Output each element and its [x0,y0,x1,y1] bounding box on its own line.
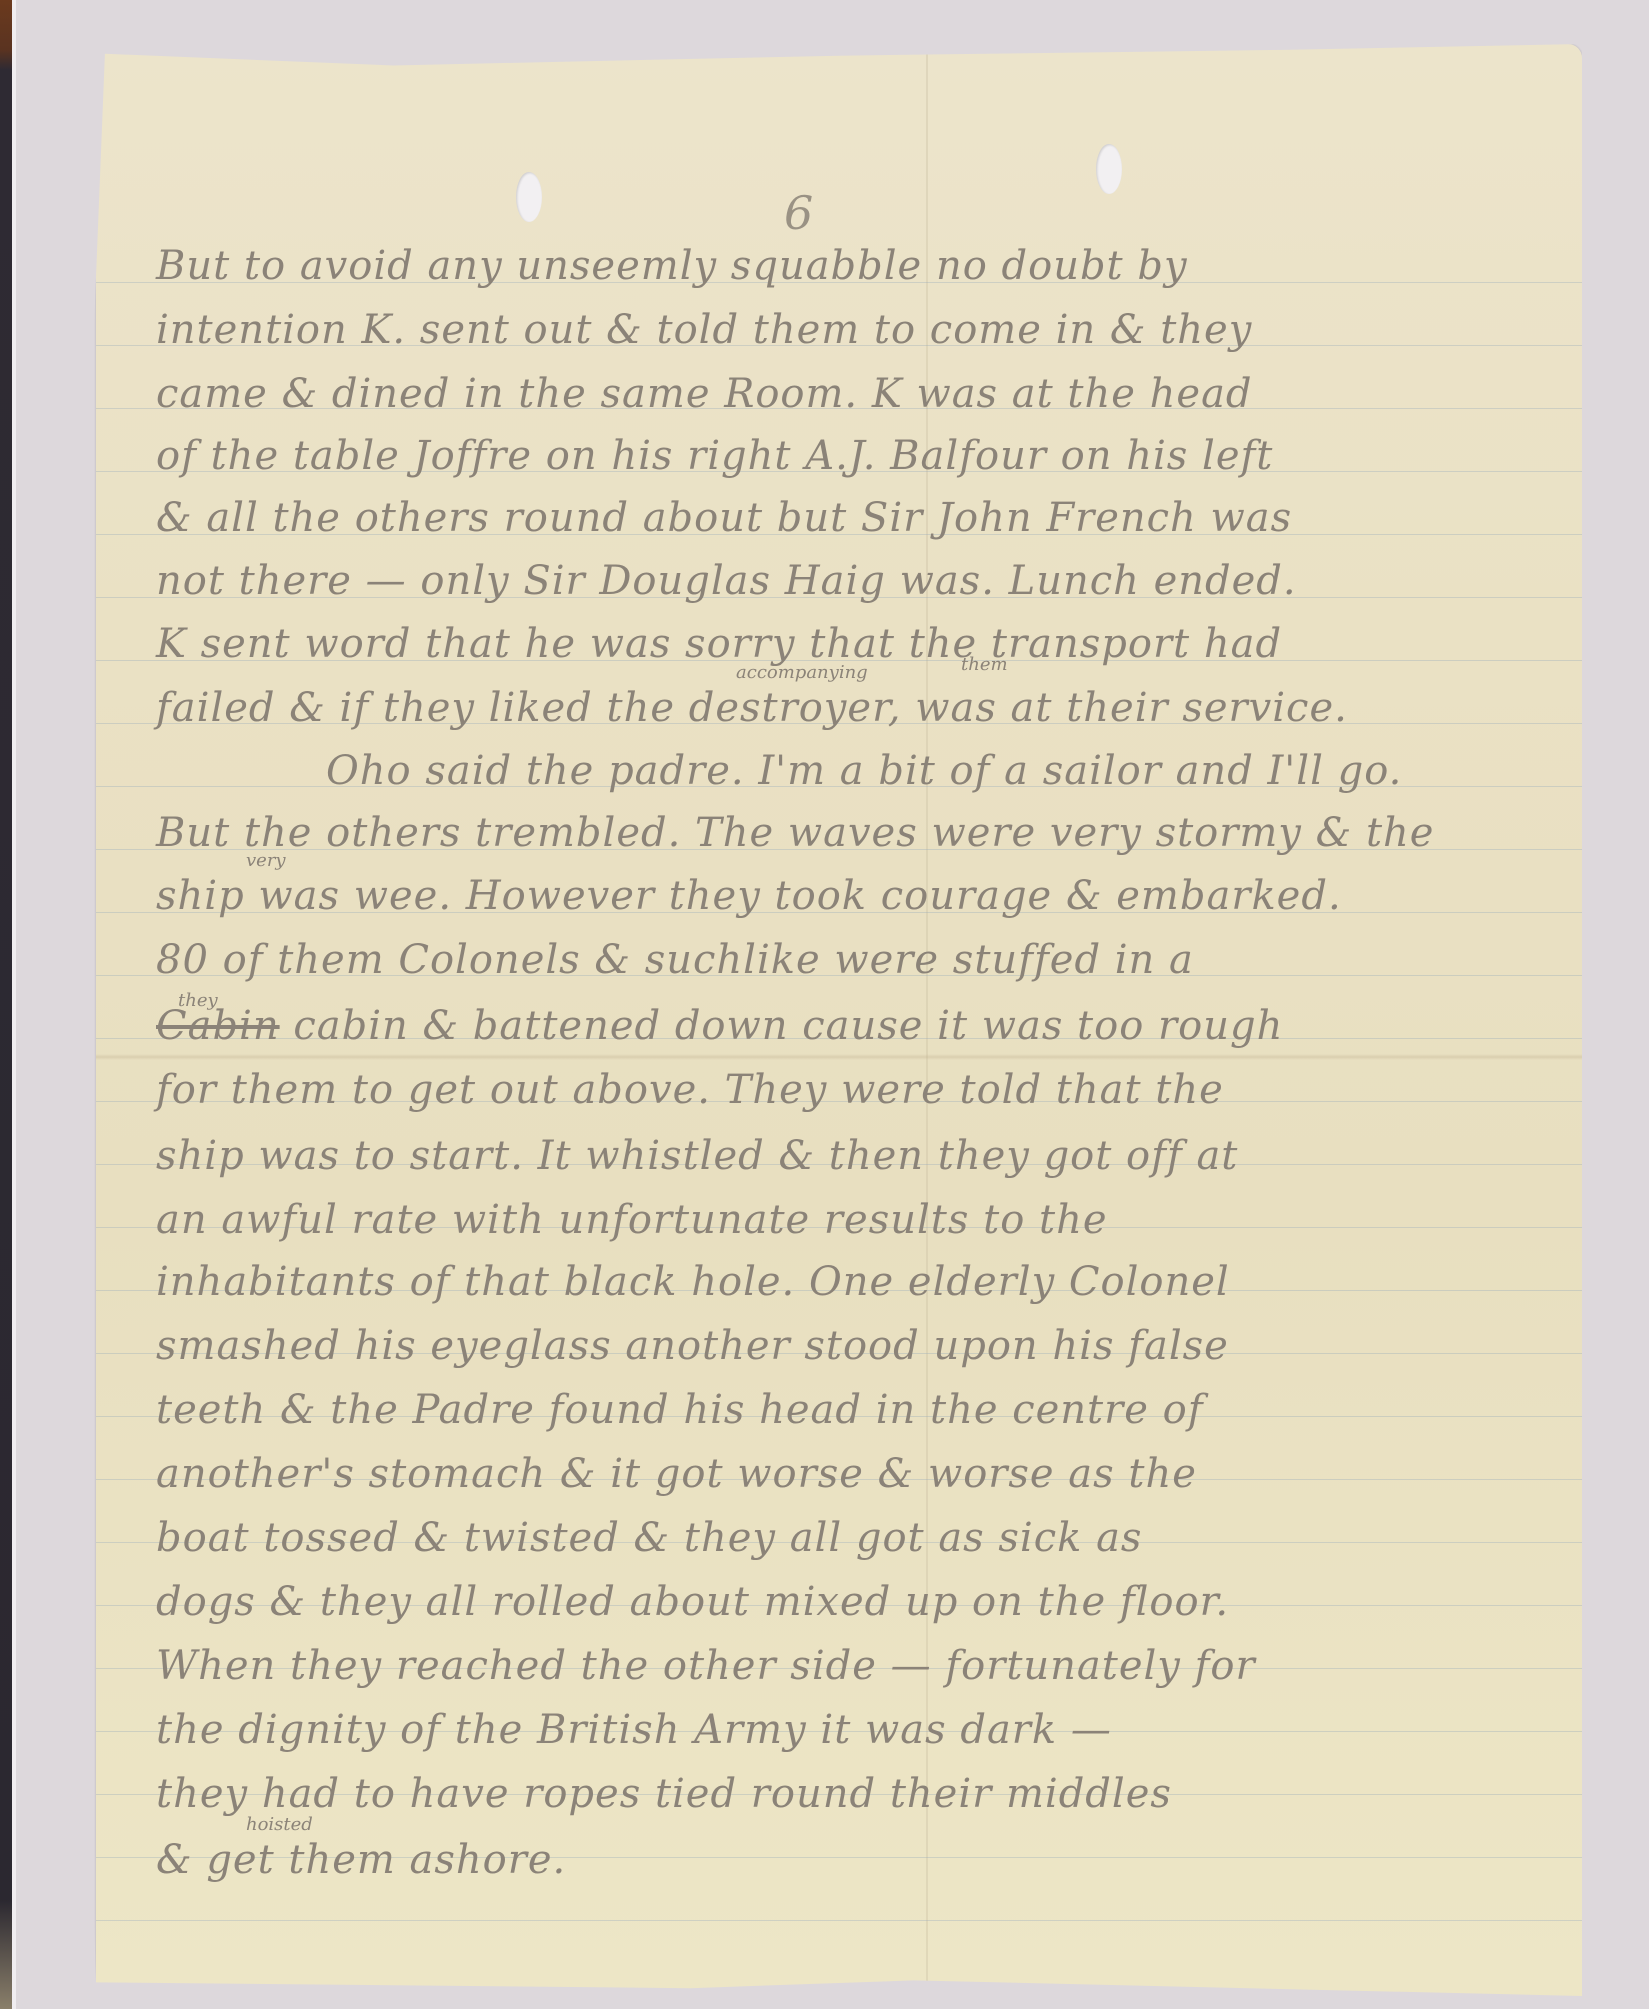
text-line-8: failed & if they liked the destroyer, wa… [156,684,1542,732]
text-line-21: boat tossed & twisted & they all got as … [156,1514,1542,1562]
rule-line [96,1920,1582,1921]
punch-hole-right [1096,144,1122,194]
text-line-1: But to avoid any unseemly squabble no do… [156,242,1542,290]
text-line-2: intention K. sent out & told them to com… [156,306,1542,354]
text-line-14: for them to get out above. They were tol… [156,1066,1542,1114]
text-line-25: they had to have ropes tied round their … [156,1770,1542,1818]
text-line-6: not there — only Sir Douglas Haig was. L… [156,557,1542,605]
scanner-edge-highlight [12,0,16,2009]
text-line-24: the dignity of the British Army it was d… [156,1706,1542,1754]
text-line-26: & get them ashore. [156,1836,1542,1884]
punch-hole-left [516,172,542,222]
text-line-19: teeth & the Padre found his head in the … [156,1386,1542,1434]
insertion-hoisted: hoisted [246,1814,313,1835]
text-line-9: Oho said the padre. I'm a bit of a sailo… [156,747,1542,795]
text-line-5: & all the others round about but Sir Joh… [156,494,1542,542]
text-line-17: inhabitants of that black hole. One elde… [156,1258,1542,1306]
text-line-18: smashed his eyeglass another stood upon … [156,1322,1542,1370]
text-line-23: When they reached the other side — fortu… [156,1642,1542,1690]
letter-page: 6 But to avoid any unseemly squabble no … [96,44,1582,1996]
insertion-very: very [246,850,286,871]
text-line-3: came & dined in the same Room. K was at … [156,370,1542,418]
page-number: 6 [784,186,813,240]
text-line-13: Cabin cabin & battened down cause it was… [156,1002,1542,1050]
text-line-22: dogs & they all rolled about mixed up on… [156,1578,1542,1626]
text-line-16: an awful rate with unfortunate results t… [156,1196,1542,1244]
horizontal-crease [96,1054,1582,1060]
text-line-10: But the others trembled. The waves were … [156,809,1542,857]
text-line-7: K sent word that he was sorry that the t… [156,620,1542,668]
line-13-text: cabin & battened down cause it was too r… [293,1003,1283,1049]
text-line-15: ship was to start. It whistled & then th… [156,1132,1542,1180]
text-line-20: another's stomach & it got worse & worse… [156,1450,1542,1498]
text-line-4: of the table Joffre on his right A.J. Ba… [156,432,1542,480]
text-line-11: ship was wee. However they took courage … [156,872,1542,920]
struck-word: Cabin [156,1003,280,1049]
insertion-accompanying: accompanying [736,662,868,683]
text-line-12: 80 of them Colonels & suchlike were stuf… [156,936,1542,984]
insertion-them: them [961,654,1008,675]
scanner-edge-strip [0,0,12,2009]
